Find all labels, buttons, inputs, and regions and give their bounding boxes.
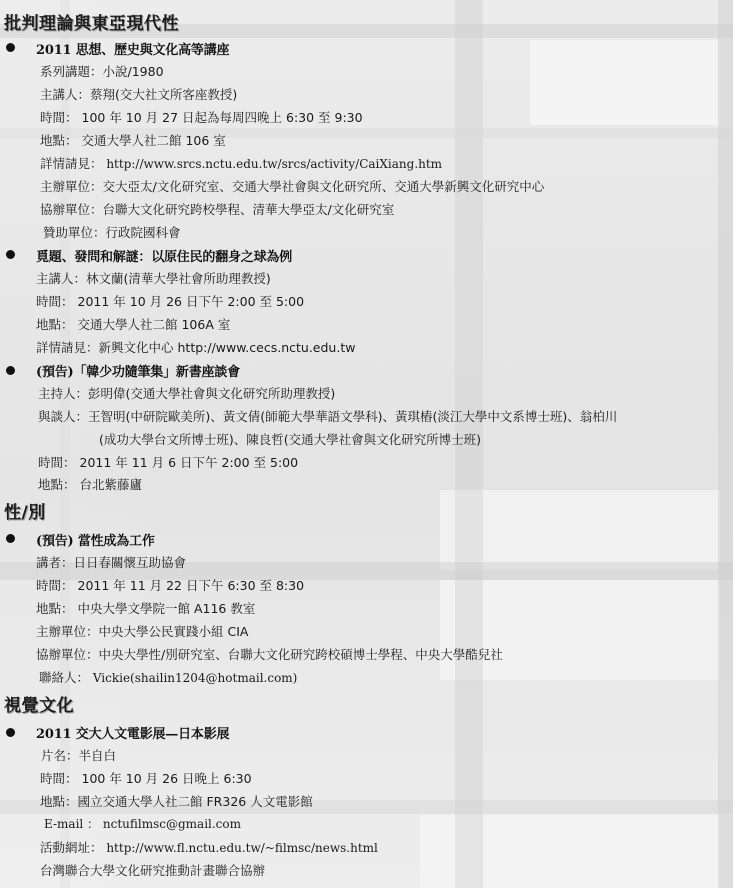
section-title-gender: 性/別 [4,498,46,523]
bullet-icon [6,728,15,737]
event-detail-line: 地點： 交通大學人社二館 106A 室 [36,315,230,333]
event-detail-line: 地點：國立交通大學人社二館 FR326 人文電影館 [40,792,313,810]
event-url-link[interactable]: 新興文化中心 http://www.cecs.nctu.edu.tw [99,340,356,355]
event-detail-line: 主辦單位：中央大學公民實踐小組 CIA [36,622,248,640]
event-title: (預告) 當性成為工作 [36,530,155,549]
event-detail-line: 時間： 100 年 10 月 27 日起為每周四晚上 6:30 至 9:30 [40,108,363,126]
bullet-icon [6,250,15,259]
event-detail-line: 詳情請見： http://www.srcs.nctu.edu.tw/srcs/a… [40,154,442,172]
event-detail-line: 與談人：王智明(中研院歐美所)、黃文倩(師範大學華語文學科)、黃琪樁(淡江大學中… [38,407,617,425]
event-detail-line: 時間： 2011 年 11 月 6 日下午 2:00 至 5:00 [38,453,298,471]
bullet-icon [6,43,15,52]
bullet-icon [6,366,15,375]
event-detail-line: (成功大學台文所博士班)、陳良哲(交通大學社會與文化研究所博士班) [99,430,481,448]
event-detail-line: 聯絡人： Vickie(shailin1204@hotmail.com) [39,668,297,686]
event-detail-line: 系列講題：小說/1980 [40,62,164,80]
event-detail-line: 講者：日日春關懷互助協會 [36,553,186,571]
event-title: 覓題、發問和解謎：以原住民的翻身之球為例 [36,246,292,265]
event-detail-line: 活動網址： http://www.fl.nctu.edu.tw/~filmsc/… [40,838,378,856]
event-detail-line: 贊助單位：行政院國科會 [43,223,181,241]
event-detail-line: 地點： 中央大學文學院一館 A116 教室 [36,599,255,617]
event-title: 2011 交大人文電影展—日本影展 [36,723,229,742]
contact-email-link[interactable]: nctufilmsc@gmail.com [99,817,241,831]
event-detail-line: 主辦單位：交大亞太/文化研究室、交通大學社會與文化研究所、交通大學新興文化研究中… [40,177,544,195]
event-detail-line: 時間： 2011 年 10 月 26 日下午 2:00 至 5:00 [36,292,304,310]
event-title: (預告)「韓少功隨筆集」新書座談會 [36,361,240,380]
bullet-icon [6,534,15,543]
event-detail-line: 詳情請見：新興文化中心 http://www.cecs.nctu.edu.tw [36,338,355,356]
contact-email-link[interactable]: Vickie(shailin1204@hotmail.com) [89,671,297,685]
event-detail-line: 協辦單位：中央大學性/別研究室、台聯大文化研究跨校碩博士學程、中央大學酷兒社 [36,645,503,663]
section-title-critical-theory: 批判理論與東亞現代性 [4,9,179,34]
event-detail-line: 主持人：彭明偉(交通大學社會與文化研究所助理教授) [38,384,335,402]
event-url-link[interactable]: http://www.fl.nctu.edu.tw/~filmsc/news.h… [103,841,378,855]
event-detail-line: 主講人：林文蘭(清華大學社會所助理教授) [36,269,271,287]
event-detail-line: 片名：半自白 [41,746,116,764]
event-detail-line: 時間： 100 年 10 月 26 日晚上 6:30 [40,769,252,787]
event-detail-line: 台灣聯合大學文化研究推動計畫聯合協辦 [40,861,265,879]
event-detail-line: 協辦單位：台聯大文化研究跨校學程、清華大學亞太/文化研究室 [40,200,394,218]
section-title-visual-culture: 視覺文化 [4,691,74,716]
event-detail-line: 地點： 台北紫藤廬 [38,475,142,493]
event-detail-line: 主講人：蔡翔(交大社文所客座教授) [40,85,237,103]
event-title: 2011 思想、歷史與文化高等講座 [36,39,229,58]
event-detail-line: E-mail ： nctufilmsc@gmail.com [44,815,241,832]
event-url-link[interactable]: http://www.srcs.nctu.edu.tw/srcs/activit… [103,157,443,171]
event-detail-line: 時間： 2011 年 11 月 22 日下午 6:30 至 8:30 [36,576,304,594]
event-detail-line: 地點： 交通大學人社二館 106 室 [40,131,226,149]
